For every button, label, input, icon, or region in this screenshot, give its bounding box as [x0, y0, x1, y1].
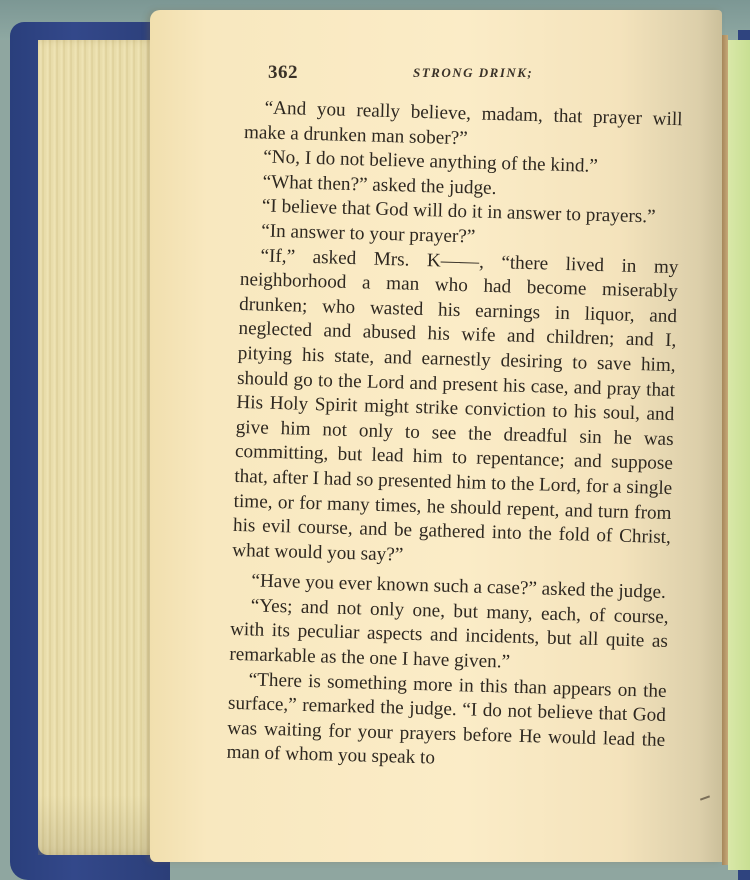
paragraph: “Yes; and not only one, but many, each, …	[229, 594, 669, 680]
paragraph: “There is something more in this than ap…	[226, 667, 667, 778]
page-number: 362	[268, 62, 298, 84]
running-head: STRONG DRINK;	[413, 65, 533, 81]
body-text: “And you really believe, madam, that pra…	[226, 96, 683, 778]
facing-page-sliver	[728, 40, 750, 870]
page-header: 362 STRONG DRINK;	[268, 62, 688, 88]
paragraph: “If,” asked Mrs. K——, “there lived in my…	[232, 244, 679, 576]
